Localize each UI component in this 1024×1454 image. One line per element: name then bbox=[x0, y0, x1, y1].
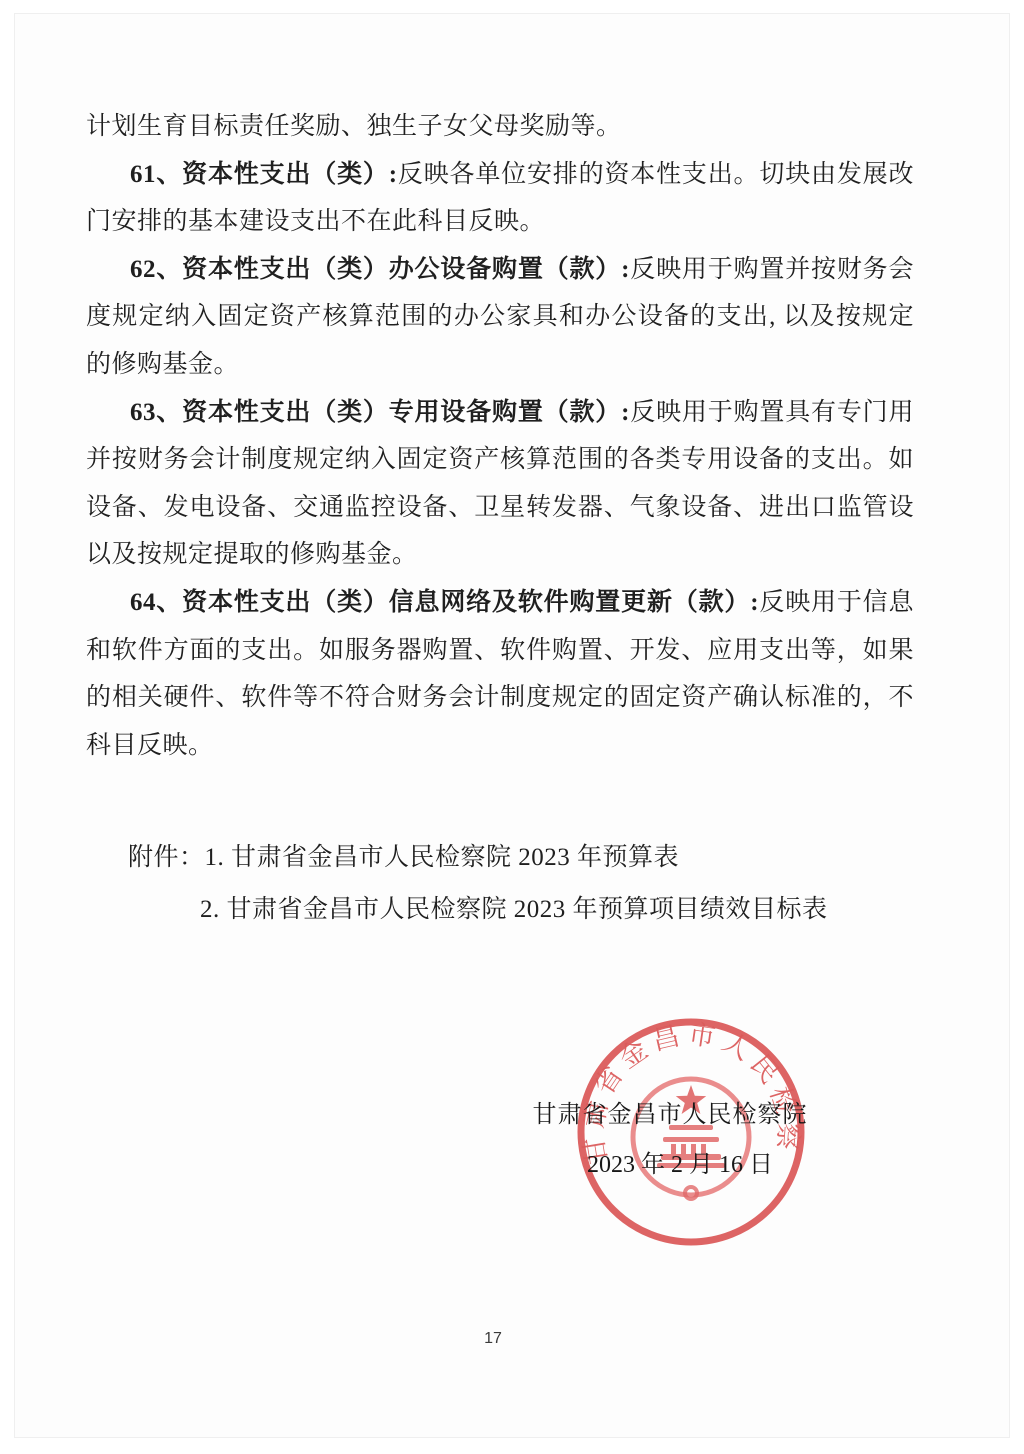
body-line: 度规定纳入固定资产核算范围的办公家具和办公设备的支出, 以及按规定提取 bbox=[86, 293, 914, 341]
clause-text: 科目反映。 bbox=[86, 732, 214, 759]
clause-text: 门安排的基本建设支出不在此科目反映。 bbox=[86, 208, 545, 235]
body-line: 62、资本性支出（类）办公设备购置（款）:反映用于购置并按财务会计制 bbox=[86, 246, 914, 294]
body-line: 63、资本性支出（类）专用设备购置（款）:反映用于购置具有专门用途、 bbox=[86, 389, 914, 437]
clause-heading: 63、资本性支出（类）专用设备购置（款）: bbox=[130, 399, 630, 426]
signature-date: 2023 年 2 月 16 日 bbox=[565, 1151, 795, 1179]
body-line: 计划生育目标责任奖励、独生子女父母奖励等。 bbox=[86, 103, 914, 151]
document-body: 计划生育目标责任奖励、独生子女父母奖励等。 61、资本性支出（类）:反映各单位安… bbox=[86, 103, 914, 769]
signature-org: 甘肃省金昌市人民检察院 bbox=[530, 1101, 810, 1129]
body-line: 的修购基金。 bbox=[86, 341, 914, 389]
clause-text: 设备、发电设备、交通监控设备、卫星转发器、气象设备、进出口监管设备等, bbox=[86, 494, 914, 532]
body-line: 科目反映。 bbox=[86, 722, 914, 770]
clause-heading: 64、资本性支出（类）信息网络及软件购置更新（款）: bbox=[130, 589, 759, 616]
page-number: 17 bbox=[473, 1330, 513, 1348]
clause-text: 的相关硬件、软件等不符合财务会计制度规定的固定资产确认标准的，不在此 bbox=[86, 684, 914, 722]
attachment-item-1: 附件：1. 甘肃省金昌市人民检察院 2023 年预算表 bbox=[86, 832, 946, 884]
clause-text: 计划生育目标责任奖励、独生子女父母奖励等。 bbox=[86, 113, 622, 140]
body-line: 设备、发电设备、交通监控设备、卫星转发器、气象设备、进出口监管设备等, bbox=[86, 484, 914, 532]
national-emblem-icon bbox=[633, 1079, 749, 1199]
svg-text:甘肃省金昌市人民检察院: 甘肃省金昌市人民检察院 bbox=[566, 1007, 804, 1166]
body-line: 和软件方面的支出。如服务器购置、软件购置、开发、应用支出等，如果购置 bbox=[86, 627, 914, 675]
official-seal: 甘肃省金昌市人民检察院 bbox=[566, 1007, 816, 1257]
attachments-section: 附件：1. 甘肃省金昌市人民检察院 2023 年预算表 2. 甘肃省金昌市人民检… bbox=[86, 832, 946, 936]
body-line: 以及按规定提取的修购基金。 bbox=[86, 531, 914, 579]
body-line: 64、资本性支出（类）信息网络及软件购置更新（款）:反映用于信息网络 bbox=[86, 579, 914, 627]
body-line: 门安排的基本建设支出不在此科目反映。 bbox=[86, 198, 914, 246]
body-line: 的相关硬件、软件等不符合财务会计制度规定的固定资产确认标准的，不在此 bbox=[86, 674, 914, 722]
clause-text: 和软件方面的支出。如服务器购置、软件购置、开发、应用支出等，如果购置 bbox=[86, 637, 914, 675]
clause-text: 度规定纳入固定资产核算范围的办公家具和办公设备的支出, 以及按规定提取 bbox=[86, 303, 914, 341]
body-line: 61、资本性支出（类）:反映各单位安排的资本性支出。切块由发展改革部 bbox=[86, 151, 914, 199]
seal-ring-text: 甘肃省金昌市人民检察院 bbox=[566, 1007, 804, 1166]
clause-heading: 62、资本性支出（类）办公设备购置（款）: bbox=[130, 256, 630, 283]
clause-text: 并按财务会计制度规定纳入固定资产核算范围的各类专用设备的支出。如通信 bbox=[86, 446, 914, 484]
clause-text: 的修购基金。 bbox=[86, 351, 239, 378]
seal-icon: 甘肃省金昌市人民检察院 bbox=[566, 1007, 816, 1257]
clause-heading: 61、资本性支出（类）: bbox=[130, 161, 398, 188]
attachment-item-2: 2. 甘肃省金昌市人民检察院 2023 年预算项目绩效目标表 bbox=[86, 884, 946, 936]
body-line: 并按财务会计制度规定纳入固定资产核算范围的各类专用设备的支出。如通信 bbox=[86, 436, 914, 484]
clause-text: 以及按规定提取的修购基金。 bbox=[86, 541, 418, 568]
